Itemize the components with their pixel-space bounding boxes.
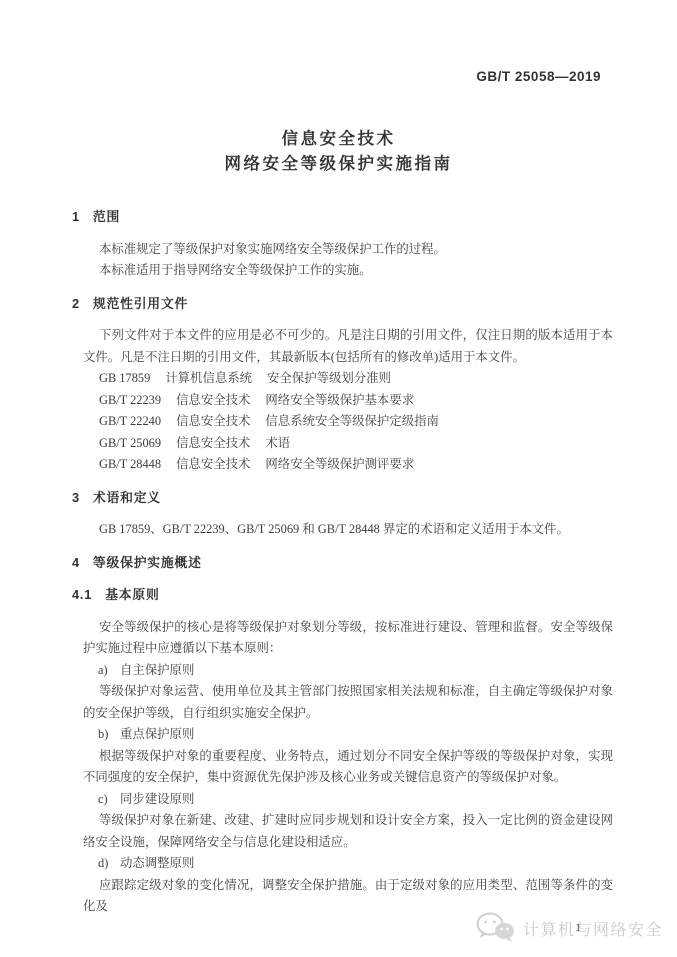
clause-title: 范围 <box>93 209 120 224</box>
reference-field: 计算机信息系统 <box>165 371 252 385</box>
paragraph: 本标准适用于指导网络安全等级保护工作的实施。 <box>83 260 613 282</box>
subclause-heading: 4.1基本原则 <box>72 584 613 606</box>
reference-code: GB/T 28448 <box>99 457 161 471</box>
reference-item: GB 17859计算机信息系统安全保护等级划分准则 <box>99 368 613 390</box>
list-item: d)动态调整原则 <box>98 853 613 875</box>
list-item-text: 重点保护原则 <box>120 727 194 741</box>
reference-item: GB/T 22239信息安全技术网络安全等级保护基本要求 <box>99 390 613 412</box>
clause-number: 4.1 <box>72 587 92 602</box>
reference-title: 术语 <box>265 436 290 450</box>
watermark-label: 计算机与网络安全 <box>523 917 663 940</box>
watermark: 计算机与网络安全 <box>476 912 663 944</box>
reference-code: GB/T 22240 <box>99 414 161 428</box>
clause-title: 术语和定义 <box>93 490 161 505</box>
clause-heading: 2规范性引用文件 <box>72 293 613 315</box>
reference-title: 网络安全等级保护基本要求 <box>265 393 414 407</box>
document-title-line1: 信息安全技术 <box>0 127 677 152</box>
document-page: GB/T 25058—2019 信息安全技术 网络安全等级保护实施指南 1范围本… <box>0 0 677 957</box>
clause-number: 1 <box>72 209 80 224</box>
reference-title: 安全保护等级划分准则 <box>267 371 391 385</box>
reference-code: GB 17859 <box>99 371 150 385</box>
wechat-icon <box>476 912 516 944</box>
document-content: 1范围本标准规定了等级保护对象实施网络安全等级保护工作的过程。本标准适用于指导网… <box>72 180 613 937</box>
reference-title: 网络安全等级保护测评要求 <box>265 457 414 471</box>
list-item-marker: a) <box>98 660 120 682</box>
list-item-text: 自主保护原则 <box>120 663 194 677</box>
document-title-line2: 网络安全等级保护实施指南 <box>0 152 677 177</box>
paragraph: 根据等级保护对象的重要程度、业务特点，通过划分不同安全保护等级的等级保护对象，实… <box>83 746 613 789</box>
reference-item: GB/T 28448信息安全技术网络安全等级保护测评要求 <box>99 454 613 476</box>
reference-field: 信息安全技术 <box>176 393 250 407</box>
list-item: c)同步建设原则 <box>98 789 613 811</box>
paragraph: GB 17859、GB/T 22239、GB/T 25069 和 GB/T 28… <box>83 519 613 541</box>
clause-title: 等级保护实施概述 <box>93 555 202 570</box>
list-item-text: 同步建设原则 <box>120 792 194 806</box>
reference-item: GB/T 25069信息安全技术术语 <box>99 433 613 455</box>
reference-code: GB/T 22239 <box>99 393 161 407</box>
reference-title: 信息系统安全等级保护定级指南 <box>265 414 438 428</box>
list-item-text: 动态调整原则 <box>120 856 194 870</box>
clause-title: 基本原则 <box>105 587 159 602</box>
standard-number: GB/T 25058—2019 <box>476 69 601 84</box>
clause-title: 规范性引用文件 <box>93 296 188 311</box>
list-item-marker: d) <box>98 853 120 875</box>
clause-number: 3 <box>72 490 80 505</box>
paragraph: 等级保护对象运营、使用单位及其主管部门按照国家相关法规和标准，自主确定等级保护对… <box>83 681 613 724</box>
clause-heading: 4等级保护实施概述 <box>72 552 613 574</box>
list-item: a)自主保护原则 <box>98 660 613 682</box>
reference-field: 信息安全技术 <box>176 457 250 471</box>
reference-item: GB/T 22240信息安全技术信息系统安全等级保护定级指南 <box>99 411 613 433</box>
reference-field: 信息安全技术 <box>176 414 250 428</box>
paragraph: 下列文件对于本文件的应用是必不可少的。凡是注日期的引用文件，仅注日期的版本适用于… <box>83 325 613 368</box>
paragraph: 等级保护对象在新建、改建、扩建时应同步规划和设计安全方案，投入一定比例的资金建设… <box>83 810 613 853</box>
reference-field: 信息安全技术 <box>176 436 250 450</box>
paragraph: 安全等级保护的核心是将等级保护对象划分等级，按标准进行建设、管理和监督。安全等级… <box>83 617 613 660</box>
list-item: b)重点保护原则 <box>98 724 613 746</box>
clause-number: 4 <box>72 555 80 570</box>
reference-code: GB/T 25069 <box>99 436 161 450</box>
clause-heading: 1范围 <box>72 206 613 228</box>
clause-heading: 3术语和定义 <box>72 487 613 509</box>
document-title: 信息安全技术 网络安全等级保护实施指南 <box>0 127 677 177</box>
clause-number: 2 <box>72 296 80 311</box>
list-item-marker: c) <box>98 789 120 811</box>
list-item-marker: b) <box>98 724 120 746</box>
paragraph: 本标准规定了等级保护对象实施网络安全等级保护工作的过程。 <box>83 239 613 261</box>
